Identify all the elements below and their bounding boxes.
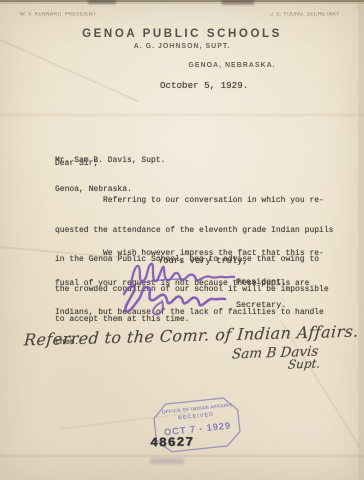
letterhead-place-line: GENOA, NEBRASKA. xyxy=(50,62,364,69)
secretary-title: Secretary. xyxy=(236,300,286,310)
salutation: Dear Sir; xyxy=(55,159,98,168)
scan-smudge xyxy=(88,0,116,4)
handwritten-signature-title: Supt. xyxy=(287,356,321,371)
paper-edge-shading xyxy=(358,0,364,480)
paper-crease xyxy=(0,113,364,117)
stamp-ghost-mark xyxy=(150,458,184,464)
letterhead-president-line: W. V. KENNARD, PRESIDENT xyxy=(20,12,96,17)
date-line: October 5, 1929. xyxy=(160,80,248,91)
secretary-signature-ink xyxy=(116,282,236,318)
scan-smudge xyxy=(222,0,254,5)
letterhead-school-name: GENOA PUBLIC SCHOOLS xyxy=(0,28,364,40)
letterhead-superintendent: A. G. JOHNSON, SUPT. xyxy=(0,43,364,50)
paper-top-edge-shadow xyxy=(0,2,364,4)
body-line: Referring to our conversation in which y… xyxy=(55,196,333,206)
president-title: President. xyxy=(236,277,286,287)
letterhead-secretary-line: J. E. YOUNG, SECRETARY xyxy=(271,12,340,17)
scanned-letter-page: W. V. KENNARD, PRESIDENT J. E. YOUNG, SE… xyxy=(0,0,364,480)
file-number-stamp: 48627 xyxy=(150,435,194,451)
